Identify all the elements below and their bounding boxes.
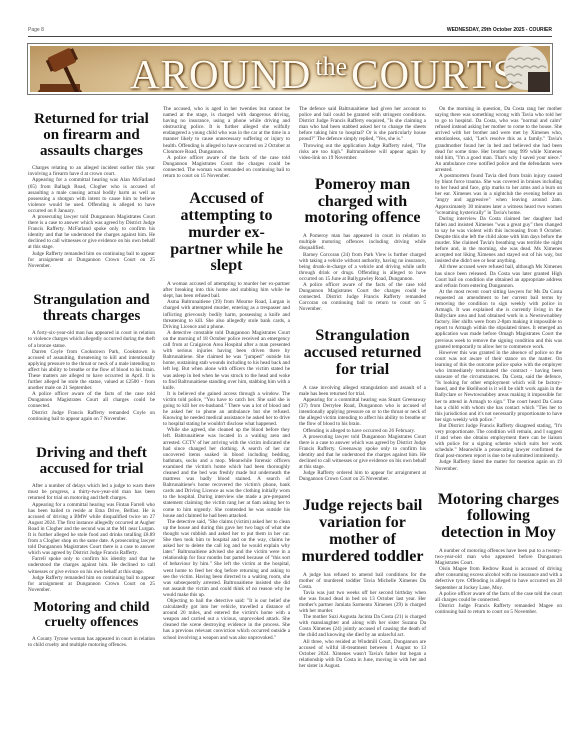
article-body: A forty-six-year-old man has appeared in… <box>28 330 155 421</box>
banner-title: AROUND the COURTS <box>130 50 490 92</box>
headline: Strangulation accused returned for trial <box>299 328 426 378</box>
article-body: A Pomeroy man has appeared in court in r… <box>299 233 426 312</box>
article-moy-motoring: Motoring charges following detection in … <box>435 492 562 615</box>
headline: Returned for trial on firearm and assaul… <box>28 112 155 159</box>
article-continuation: The defence said Baltrunaitiene had give… <box>299 106 426 161</box>
article-body: A judge has refused to amend bail condit… <box>299 572 426 670</box>
article-continuation: On the morning in question, Da Costa ran… <box>435 106 562 472</box>
gavel-icon <box>38 46 108 92</box>
article-body: A case involving alleged strangulation a… <box>299 385 426 483</box>
column-1: Returned for trial on firearm and assaul… <box>28 100 155 649</box>
article-body: A woman accused of attempting to murder … <box>163 281 290 641</box>
headline: Strangulation and threats charges <box>28 293 155 325</box>
headline: Motoring and child cruelty offences <box>28 601 155 630</box>
column-2: The accused, who is aged in her twenties… <box>163 100 290 641</box>
article-pomeroy-motoring: Pomeroy man charged with motoring offenc… <box>299 177 426 313</box>
article-attempted-murder: Accused of attempting to murder ex-partn… <box>163 191 290 641</box>
article-body: A County Tyrone woman has appeared in co… <box>28 636 155 648</box>
judge-wig-icon <box>500 46 550 92</box>
headline: Motoring charges following detection in … <box>435 492 562 542</box>
article-strangulation-threats: Strangulation and threats charges A fort… <box>28 293 155 422</box>
headline: Judge rejects bail variation for mother … <box>299 498 426 565</box>
article-driving-theft: Driving and theft accused for trial Afte… <box>28 446 155 593</box>
article-continuation: The accused, who is aged in her twenties… <box>163 106 290 179</box>
article-firearm-trial: Returned for trial on firearm and assaul… <box>28 112 155 269</box>
dateline: WEDNESDAY, 29th October 2025 - COURIER <box>447 27 552 33</box>
page-header: Page 8 WEDNESDAY, 29th October 2025 - CO… <box>28 26 552 37</box>
article-body: Charges relating to an alleged incident … <box>28 165 155 269</box>
headline: Pomeroy man charged with motoring offenc… <box>299 177 426 227</box>
column-4: On the morning in question, Da Costa ran… <box>435 100 562 615</box>
article-bail-variation: Judge rejects bail variation for mother … <box>299 498 426 669</box>
article-body: After a number of delays which led a jud… <box>28 483 155 593</box>
article-child-cruelty: Motoring and child cruelty offences A Co… <box>28 601 155 649</box>
page-number: Page 8 <box>28 27 44 33</box>
section-banner: AROUND the COURTS <box>27 43 553 95</box>
article-body: A number of motoring offences have been … <box>435 548 562 615</box>
headline: Driving and theft accused for trial <box>28 446 155 478</box>
column-3: The defence said Baltrunaitiene had give… <box>299 100 426 669</box>
article-strangulation-trial: Strangulation accused returned for trial… <box>299 328 426 482</box>
headline: Accused of attempting to murder ex-partn… <box>163 191 290 275</box>
